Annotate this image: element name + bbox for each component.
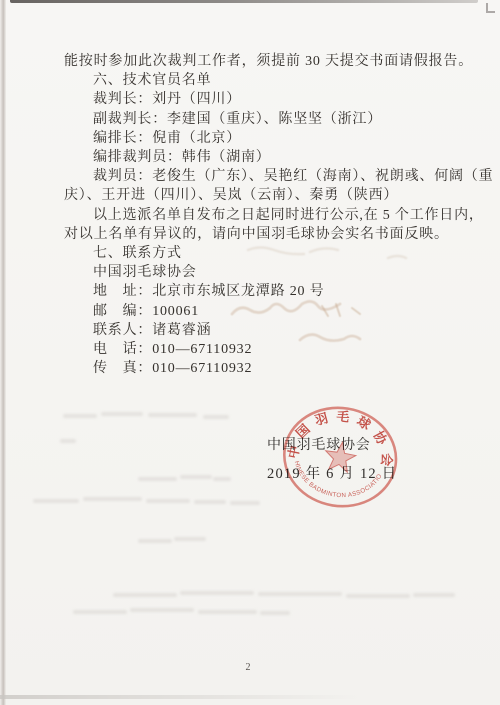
document-line: 庆）、王开进（四川）、吴岚（云南）、秦勇（陕西） xyxy=(64,186,466,205)
document-line: 中国羽毛球协会 xyxy=(64,263,466,282)
document-line: 以上选派名单自发布之日起同时进行公示,在 5 个工作日内， xyxy=(64,206,466,225)
page-number: 2 xyxy=(238,662,258,673)
document-line: 地 址：北京市东城区龙潭路 20 号 xyxy=(64,282,466,301)
document-line: 裁判员：老俊生（广东）、吴艳红（海南）、祝朗彧、何阔（重 xyxy=(64,167,466,186)
document-line: 邮 编：100061 xyxy=(64,302,466,321)
document-line: 传 真：010—67110932 xyxy=(64,359,466,378)
document-line: 编排裁判员：韩伟（湖南） xyxy=(64,148,466,167)
document-body: 能按时参加此次裁判工作者，须提前 30 天提交书面请假报告。 六、技术官员名单 … xyxy=(64,52,466,378)
star-icon xyxy=(323,440,358,473)
document-line: 联系人：诸葛睿涵 xyxy=(64,321,466,340)
document-line: 副裁判长：李建国（重庆）、陈坚坚（浙江） xyxy=(64,110,466,129)
document-line: 能按时参加此次裁判工作者，须提前 30 天提交书面请假报告。 xyxy=(64,52,466,71)
document-line: 六、技术官员名单 xyxy=(64,71,466,90)
document-line: 裁判长：刘丹（四川） xyxy=(64,90,466,109)
document-line: 七、联系方式 xyxy=(64,244,466,263)
document-line: 电 话：010—67110932 xyxy=(64,340,466,359)
document-line: 编排长：倪甫（北京） xyxy=(64,129,466,148)
document-line: 对以上名单有异议的，请向中国羽毛球协会实名书面反映。 xyxy=(64,225,466,244)
official-seal-stamp: 中国羽毛球协会 CHINESE BADMINTON ASSOCIATION xyxy=(271,393,409,523)
